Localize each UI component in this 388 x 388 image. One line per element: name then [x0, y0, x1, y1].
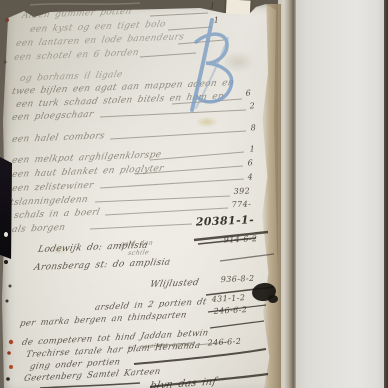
entry-amount: 936-8-2	[221, 275, 255, 284]
entry-text: een haut blanket en ploglyter	[11, 165, 164, 180]
manuscript-line: arsdeld in 2 portien dt431-1-2	[95, 298, 207, 312]
manuscript-photo: Alden gummer potten1een kyst og een tige…	[0, 0, 388, 388]
entry-text: een lantaren en lode banendeurs	[15, 33, 185, 49]
entry-text: Wlijlusted	[149, 279, 200, 290]
entry-amount: 1	[250, 145, 256, 153]
entry-amount: 20381-1-	[196, 214, 255, 227]
entry-text: een schotel en 6 borden	[13, 49, 139, 63]
entry-text: og borhams il ligale	[19, 71, 123, 84]
entry-amount: 1	[210, 2, 216, 10]
manuscript-line: een haut blanket en ploglyter6	[12, 165, 164, 180]
manuscript-line: een ploegschaar2	[12, 111, 94, 123]
entry-amount: 431-1-2	[212, 294, 246, 304]
entry-amount: 392	[234, 187, 251, 196]
entry-amount: 4	[248, 173, 254, 181]
entry-amount: 6	[246, 90, 252, 98]
entry-amount: 246-6-2	[213, 306, 247, 316]
entry-text: een melkpot arghilgenklorspe	[11, 151, 162, 166]
manuscript-line: schals in a boerl774-	[14, 209, 100, 221]
entry-text: een ploegschaar	[11, 111, 94, 123]
entry-amount: 914-6-2	[224, 235, 258, 244]
entry-amount: 1	[214, 16, 220, 24]
manuscript-line: og borhams il ligale	[20, 71, 123, 84]
manuscript-line: als borgen20381-1-	[12, 224, 65, 235]
manuscript-line: Wlijlusted936-8-2	[150, 279, 199, 290]
entry-text: blyn das inf	[149, 377, 217, 388]
entry-text: een zelistewiner	[11, 182, 94, 194]
entry-amount: 8	[251, 124, 257, 132]
bookmark-tab-dot	[4, 232, 8, 237]
entry-text: per marka bergen an thindsparten	[19, 311, 187, 328]
entry-text: Alden gummer potten	[21, 8, 132, 21]
entry-amount: 774-	[232, 200, 252, 209]
handwriting-lines: Alden gummer potten1een kyst og een tige…	[0, 0, 388, 388]
manuscript-line: per marka bergen an thindsparten246-6-2	[20, 311, 187, 328]
entry-text: tslanningeldenn	[9, 196, 89, 208]
bookmark-tab	[0, 157, 12, 259]
entry-amount: 6	[248, 159, 254, 167]
manuscript-line: Aronsberag st: do amplisia	[34, 259, 171, 273]
entry-text: arsdeld in 2 portien dt	[94, 298, 207, 312]
entry-text: Aronsberag st: do amplisia	[33, 258, 171, 273]
entry-text: schals in a boerl	[13, 209, 101, 222]
manuscript-line: tslanningeldenn392	[10, 196, 88, 208]
entry-text: een halel combors	[11, 132, 105, 145]
manuscript-line: Alden gummer potten1	[22, 8, 132, 21]
entry-text: als borgen	[11, 224, 66, 235]
manuscript-line: een halel combors8	[12, 132, 105, 145]
manuscript-line: een zelistewiner4	[12, 182, 94, 194]
manuscript-line: een schotel en 6 borden	[14, 49, 139, 63]
entry-amount: 246-6-2	[207, 338, 241, 348]
entry-amount: 2	[250, 102, 256, 110]
entry-text: schile	[127, 249, 149, 256]
manuscript-line: een melkpot arghilgenklorspe1	[12, 151, 161, 166]
manuscript-line: een lantaren en lode banendeurs	[16, 33, 184, 49]
manuscript-line: blyn das inf	[150, 377, 217, 388]
manuscript-line: schile	[128, 249, 149, 256]
